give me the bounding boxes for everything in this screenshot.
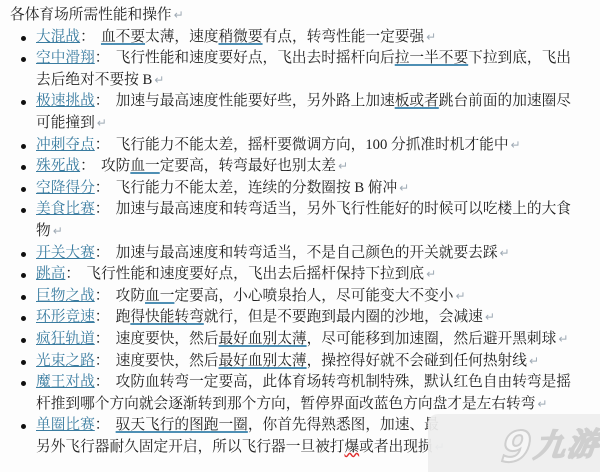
term-colon: ： bbox=[65, 266, 80, 282]
description-text: 太薄，速度 bbox=[145, 29, 218, 45]
paragraph-mark: ↵ bbox=[511, 138, 521, 152]
stadium-link[interactable]: 空中滑翔 bbox=[36, 50, 95, 66]
stadium-link[interactable]: 殊死战 bbox=[36, 158, 80, 174]
stadium-link[interactable]: 极速挑战 bbox=[36, 93, 95, 109]
bullet-dot bbox=[21, 187, 26, 192]
term-colon: ： bbox=[95, 309, 110, 325]
bullet-dot bbox=[21, 144, 26, 149]
list-item: 疯狂轨道：速度要快，然后最好血别太薄，尽可能移到加速圈，然后避开黑刺球↵ bbox=[10, 329, 594, 351]
paragraph-mark: ↵ bbox=[154, 73, 164, 87]
term-colon: ： bbox=[95, 353, 110, 369]
paragraph-mark: ↵ bbox=[53, 224, 63, 238]
stadium-link[interactable]: 光束之路 bbox=[36, 353, 95, 369]
description-text: 物 bbox=[36, 223, 51, 239]
list-item: 环形竞速：跑得快能转弯就行，但是不要跑到最内圈的沙地，会减速↵ bbox=[10, 307, 594, 329]
description-text: 最好血别太薄 bbox=[218, 331, 306, 347]
description-text: 定要高，转弯最好也别太差 bbox=[160, 158, 336, 174]
description-text: 飞行性能和速度要好点，飞出去后摇杆保持下拉到底 bbox=[86, 266, 424, 282]
paragraph-mark: ↵ bbox=[529, 354, 539, 368]
watermark-panel: 9九游 bbox=[428, 414, 600, 472]
paragraph-mark: ↵ bbox=[174, 8, 184, 22]
description-text: 跳台前面的加速圈尽 bbox=[439, 93, 571, 109]
paragraph-mark: ↵ bbox=[426, 267, 436, 281]
description-text: ，你首先得熟悉图，加速、最 bbox=[248, 417, 439, 433]
description-text: 板或者 bbox=[395, 93, 439, 109]
list-item: 魔王对战：攻防血转弯一定要高，此体育场转弯机制特殊，默认红色自由转弯是摇杆推到哪… bbox=[10, 372, 594, 415]
term-colon: ： bbox=[95, 245, 110, 261]
term-colon: ： bbox=[80, 158, 95, 174]
term-colon: ： bbox=[95, 137, 110, 153]
stadium-link[interactable]: 环形竞速 bbox=[36, 309, 95, 325]
page-title-text: 各体育场所需性能和操作 bbox=[10, 7, 172, 23]
list-item: 光束之路：速度要快，然后最好血别太薄，操控得好就不会碰到任何热射线↵ bbox=[10, 351, 594, 373]
term-colon: ： bbox=[80, 29, 95, 45]
list-item: 冲刺夺点：飞行能力不能太差，摇杆要微调方向，100 分抓准时机才能中↵ bbox=[10, 135, 594, 157]
9game-logo-text: 九游 bbox=[532, 426, 600, 464]
paragraph-mark: ↵ bbox=[500, 246, 510, 260]
description-text: 飞行性能和速度要好点，飞出去时摇杆向后 bbox=[116, 50, 395, 66]
description-text: 杆推到哪个方向就会逐渐转到那个方向，暂停界面改蓝色方向盘才是左右转弯 bbox=[36, 396, 535, 412]
bullet-dot bbox=[21, 295, 26, 300]
list-item: 空中滑翔：飞行性能和速度要好点，飞出去时摇杆向后拉一半不要下拉到底，飞出去后绝对… bbox=[10, 48, 594, 91]
description-text: 攻防 bbox=[101, 158, 130, 174]
term-colon: ： bbox=[95, 180, 110, 196]
description-text: 另外飞行器耐久固定开启，所以飞行器一旦被打 bbox=[36, 439, 344, 455]
description-text: 得快能转弯 bbox=[130, 309, 203, 325]
description-text: 可能撞到 bbox=[36, 115, 95, 131]
term-colon: ： bbox=[95, 201, 110, 217]
bullet-dot bbox=[21, 57, 26, 62]
term-colon: ： bbox=[95, 417, 110, 433]
stadium-link[interactable]: 魔王对战 bbox=[36, 374, 95, 390]
list-item: 极速挑战：加速与最高速度性能要好些，另外路上加速板或者跳台前面的加速圈尽可能撞到… bbox=[10, 91, 594, 134]
description-text: 加速与最高速度性能要好些，另外路上加速 bbox=[116, 93, 395, 109]
list-item: 空降得分：飞行能力不能太差，连续的分数圈按 B 俯冲↵ bbox=[10, 178, 594, 200]
list-item: 开关大赛：加速与最高速度和转弯适当，不是自己颜色的开关就要去踩↵ bbox=[10, 243, 594, 265]
term-colon: ： bbox=[95, 288, 110, 304]
description-text: 速度要快，然后 bbox=[116, 353, 219, 369]
paragraph-mark: ↵ bbox=[97, 116, 107, 130]
paragraph-mark: ↵ bbox=[558, 332, 568, 346]
list-item: 美食比赛：加速与最高速度和转弯适当，另外飞行性能好的时候可以吃楼上的大食物↵ bbox=[10, 199, 594, 242]
bullet-dot bbox=[21, 338, 26, 343]
stadium-link[interactable]: 大混战 bbox=[36, 29, 80, 45]
stadium-link[interactable]: 空降得分 bbox=[36, 180, 95, 196]
paragraph-mark: ↵ bbox=[426, 30, 436, 44]
description-text: 加速与最高速度和转弯适当，不是自己颜色的开关就要去踩 bbox=[116, 245, 498, 261]
stadium-link[interactable]: 单圈比赛 bbox=[36, 417, 95, 433]
description-text: 稍微要 bbox=[218, 29, 262, 45]
stadium-link[interactable]: 冲刺夺点 bbox=[36, 137, 95, 153]
description-text: 攻防 bbox=[116, 288, 145, 304]
list-item: 巨物之战：攻防血一定要高，小心喷泉抬人，尽可能变大不变小↵ bbox=[10, 286, 594, 308]
bullet-dot bbox=[21, 36, 26, 41]
bullet-dot bbox=[21, 424, 26, 429]
bullet-dot bbox=[21, 360, 26, 365]
stadium-link[interactable]: 美食比赛 bbox=[36, 201, 95, 217]
stadium-link[interactable]: 开关大赛 bbox=[36, 245, 95, 261]
9game-logo-icon: 9九游 bbox=[499, 418, 600, 471]
paragraph-mark: ↵ bbox=[338, 159, 348, 173]
stadium-link[interactable]: 跳高 bbox=[36, 266, 65, 282]
bullet-dot bbox=[21, 165, 26, 170]
description-text: 或者出现损 bbox=[359, 439, 432, 455]
description-text: 有点，转弯性能一定要强 bbox=[263, 29, 425, 45]
description-text: 跑 bbox=[116, 309, 131, 325]
bullet-dot bbox=[21, 208, 26, 213]
description-text: 下拉到底，飞出 bbox=[468, 50, 571, 66]
description-text: 飞行能力不能太差，摇杆要微调方向，100 分抓准时机才能中 bbox=[116, 137, 509, 153]
description-text: 爆 bbox=[344, 439, 359, 455]
bullet-dot bbox=[21, 381, 26, 386]
description-text: 血不要 bbox=[101, 29, 145, 45]
description-text: 飞行能力不能太差，连续的分数圈按 B 俯冲 bbox=[116, 180, 398, 196]
bullet-dot bbox=[21, 273, 26, 278]
document-page: 各体育场所需性能和操作↵ 大混战：血不要太薄，速度稍微要有点，转弯性能一定要强↵… bbox=[0, 0, 600, 472]
description-text: 拉一半不要 bbox=[395, 50, 468, 66]
bullet-dot bbox=[21, 316, 26, 321]
term-colon: ： bbox=[95, 93, 110, 109]
description-text: 攻防血转弯一定要高，此体育场转弯机制特殊，默认红色自由转弯是摇 bbox=[116, 374, 571, 390]
description-text: ，尽可能移到加速圈，然后避开黑刺球 bbox=[307, 331, 557, 347]
paragraph-mark: ↵ bbox=[485, 310, 495, 324]
bullet-dot bbox=[21, 252, 26, 257]
term-colon: ： bbox=[95, 374, 110, 390]
paragraph-mark: ↵ bbox=[456, 289, 466, 303]
description-text: 就行，但是不要跑到最内圈的沙地，会减速 bbox=[204, 309, 483, 325]
9game-logo-glyph: 9 bbox=[499, 422, 534, 472]
page-title: 各体育场所需性能和操作↵ bbox=[10, 5, 594, 27]
description-text: 定要高，小心喷泉抬人，尽可能变大不变小 bbox=[174, 288, 453, 304]
bullet-dot bbox=[21, 100, 26, 105]
bullet-list: 大混战：血不要太薄，速度稍微要有点，转弯性能一定要强↵空中滑翔：飞行性能和速度要… bbox=[10, 27, 594, 459]
term-colon: ： bbox=[95, 331, 110, 347]
list-item: 殊死战：攻防血一定要高，转弯最好也别太差↵ bbox=[10, 156, 594, 178]
term-colon: ： bbox=[95, 50, 110, 66]
description-text: 去后绝对不要按 B bbox=[36, 72, 152, 88]
list-item: 跳高：飞行性能和速度要好点，飞出去后摇杆保持下拉到底↵ bbox=[10, 264, 594, 286]
stadium-link[interactable]: 疯狂轨道 bbox=[36, 331, 95, 347]
description-text: 速度要快，然后 bbox=[116, 331, 219, 347]
list-item: 大混战：血不要太薄，速度稍微要有点，转弯性能一定要强↵ bbox=[10, 27, 594, 49]
description-text: 驭天飞行的图跑一圈 bbox=[116, 417, 248, 433]
description-text: ，操控得好就不会碰到任何热射线 bbox=[307, 353, 527, 369]
paragraph-mark: ↵ bbox=[399, 181, 409, 195]
paragraph-mark: ↵ bbox=[537, 397, 547, 411]
stadium-link[interactable]: 巨物之战 bbox=[36, 288, 95, 304]
description-text: 血一 bbox=[145, 288, 174, 304]
description-text: 血一 bbox=[130, 158, 159, 174]
description-text: 最好血别太薄 bbox=[218, 353, 306, 369]
description-text: 加速与最高速度和转弯适当，另外飞行性能好的时候可以吃楼上的大食 bbox=[116, 201, 571, 217]
